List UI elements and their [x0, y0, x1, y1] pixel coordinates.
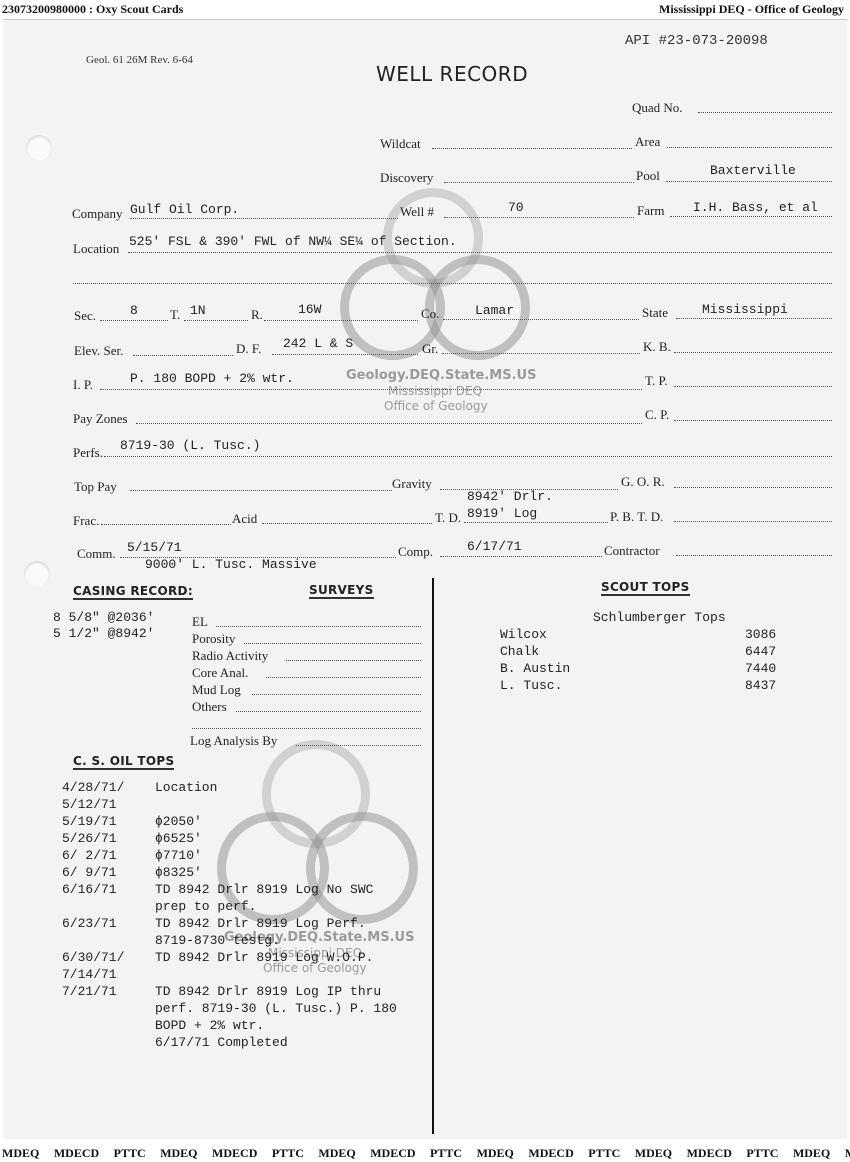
df-label: D. F.: [236, 341, 261, 357]
td-field: [464, 522, 608, 523]
well-no-field: [444, 217, 634, 218]
sec-field: [100, 320, 168, 321]
company-field: [130, 218, 398, 219]
oil-top-date: 6/ 2/71: [62, 847, 117, 864]
footer-label: MDEQ: [477, 1146, 514, 1161]
scanned-well-record-card: [3, 19, 847, 1139]
oil-top-text: ϕ7710': [155, 847, 202, 864]
location-label: Location: [73, 241, 119, 257]
df-value: 242 L & S: [283, 336, 353, 351]
footer-agency-strip: MDEQMDECDPTTCMDEQMDECDPTTCMDEQMDECDPTTCM…: [0, 1140, 850, 1162]
frac-label: Frac.: [73, 513, 99, 529]
elev-ser-field: [133, 355, 233, 356]
survey-mud-log-field: [252, 694, 421, 695]
township-field: [184, 320, 248, 321]
discovery-label: Discovery: [380, 170, 433, 186]
survey-others-label: Others: [192, 699, 227, 715]
cs-oil-tops-heading: C. S. OIL TOPS: [73, 754, 174, 770]
footer-label: PTTC: [588, 1146, 620, 1161]
td-label: T. D.: [435, 510, 461, 526]
oil-top-text: perf. 8719-30 (L. Tusc.) P. 180: [155, 1000, 397, 1017]
hole-punch-icon: [26, 135, 52, 161]
survey-log-analysis-field: [296, 745, 421, 746]
survey-blank-field: [192, 728, 421, 729]
township-value: 1N: [190, 303, 206, 318]
watermark-url: Geology.DEQ.State.MS.US: [346, 368, 536, 383]
company-value: Gulf Oil Corp.: [130, 202, 239, 217]
survey-mud-log-label: Mud Log: [192, 682, 241, 698]
oil-top-date: 5/26/71: [62, 830, 117, 847]
contractor-label: Contractor: [604, 543, 660, 559]
comp-field: [440, 556, 602, 557]
oil-top-date: 6/ 9/71: [62, 864, 117, 881]
footer-label: PTTC: [746, 1146, 778, 1161]
footer-label: MDECD: [687, 1146, 732, 1161]
survey-radio-activity-field: [286, 660, 421, 661]
top-pay-label: Top Pay: [74, 479, 117, 495]
hole-punch-icon: [24, 561, 50, 587]
comm-value: 5/15/71: [127, 540, 182, 555]
df-field: [272, 354, 418, 355]
farm-value: I.H. Bass, et al: [693, 200, 818, 215]
oil-top-date: 7/14/71: [62, 966, 117, 983]
county-value: Lamar: [475, 303, 514, 318]
footer-label: MDECD: [54, 1146, 99, 1161]
footer-label: MDEQ: [635, 1146, 672, 1161]
casing-record-heading: CASING RECORD:: [73, 584, 193, 600]
cp-field: [674, 420, 832, 421]
oil-top-text: 8719-8730 testg.: [155, 932, 280, 949]
footer-label: MDEQ: [160, 1146, 197, 1161]
discovery-field: [444, 182, 634, 183]
location-field: [128, 252, 832, 253]
oil-top-text: 6/17/71 Completed: [155, 1034, 288, 1051]
watermark-agency: Mississippi DEQ: [388, 384, 482, 398]
footer-label: PTTC: [114, 1146, 146, 1161]
oil-top-text: ϕ6525': [155, 830, 202, 847]
range-value: 16W: [298, 302, 321, 317]
top-pay-field: [130, 490, 392, 491]
footer-label: MDECD: [370, 1146, 415, 1161]
formation-depth: 7440: [745, 660, 776, 677]
state-label: State: [642, 305, 668, 321]
oil-top-date: 6/23/71: [62, 915, 117, 932]
oil-top-text: prep to perf.: [155, 898, 256, 915]
scout-tops-heading: SCOUT TOPS: [601, 580, 690, 596]
oil-top-date: 6/16/71: [62, 881, 117, 898]
formation-name: Chalk: [500, 643, 539, 660]
api-number: API #23-073-20098: [625, 33, 768, 49]
survey-el-label: EL: [192, 614, 208, 630]
footer-label: MDECD: [845, 1146, 850, 1161]
tp-label: T. P.: [645, 373, 668, 389]
wildcat-label: Wildcat: [380, 136, 421, 152]
company-label: Company: [72, 206, 123, 222]
location-value: 525' FSL & 390' FWL of NW¼ SE¼ of Sectio…: [129, 234, 457, 249]
well-no-label: Well #: [400, 204, 434, 220]
cp-label: C. P.: [645, 407, 669, 423]
survey-log-analysis-label: Log Analysis By: [190, 733, 277, 749]
pool-field: [666, 181, 832, 182]
gr-label: Gr.: [422, 341, 438, 357]
pbtd-field: [674, 521, 832, 522]
footer-label: MDEQ: [2, 1146, 39, 1161]
footer-label: PTTC: [430, 1146, 462, 1161]
tp-field: [674, 386, 832, 387]
pay-zones-field: [136, 423, 642, 424]
oil-top-text: BOPD + 2% wtr.: [155, 1017, 264, 1034]
oil-top-date: 5/12/71: [62, 796, 117, 813]
acid-label: Acid: [232, 511, 257, 527]
contractor-field: [676, 555, 832, 556]
td-log-value: 8919' Log: [467, 506, 537, 521]
state-field: [676, 318, 832, 319]
form-number: Geol. 61 26M Rev. 6-64: [86, 54, 193, 66]
oil-top-text: TD 8942 Drlr 8919 Log IP thru: [155, 983, 381, 1000]
oil-top-date: 4/28/71/: [62, 779, 124, 796]
kb-field: [674, 352, 832, 353]
elev-ser-label: Elev. Ser.: [74, 343, 123, 359]
oil-top-date: 6/30/71/: [62, 949, 124, 966]
ip-label: I. P.: [73, 377, 93, 393]
casing-item: 5 1/2" @8942': [53, 626, 154, 641]
formation-name: B. Austin: [500, 660, 570, 677]
sec-value: 8: [130, 303, 138, 318]
document-id-title: 23073200980000 : Oxy Scout Cards: [2, 2, 183, 17]
comm-label: Comm.: [77, 546, 116, 562]
gr-field: [442, 353, 640, 354]
agency-title: Mississippi DEQ - Office of Geology: [659, 2, 844, 17]
document-header-bar: 23073200980000 : Oxy Scout Cards Mississ…: [0, 0, 850, 18]
oil-top-date: 5/19/71: [62, 813, 117, 830]
oil-top-text: ϕ8325': [155, 864, 202, 881]
well-no-value: 70: [508, 200, 524, 215]
kb-label: K. B.: [643, 339, 671, 355]
comp-label: Comp.: [398, 544, 433, 560]
survey-el-field: [216, 626, 421, 627]
wildcat-field: [432, 148, 632, 149]
perfs-field: [104, 456, 832, 457]
footer-label: MDECD: [528, 1146, 573, 1161]
footer-label: MDEQ: [318, 1146, 355, 1161]
state-value: Mississippi: [702, 302, 788, 317]
sec-label: Sec.: [74, 308, 96, 324]
quad-no-field: [698, 112, 832, 113]
column-divider: [432, 578, 434, 1134]
formation-depth: 8437: [745, 677, 776, 694]
comm-note: 9000' L. Tusc. Massive: [145, 557, 317, 572]
pool-label: Pool: [636, 168, 660, 184]
survey-porosity-label: Porosity: [192, 631, 235, 647]
county-label: Co.: [421, 306, 439, 322]
footer-label: MDEQ: [793, 1146, 830, 1161]
footer-label: PTTC: [272, 1146, 304, 1161]
survey-core-anal-label: Core Anal.: [192, 665, 248, 681]
ip-value: P. 180 BOPD + 2% wtr.: [130, 371, 294, 386]
casing-item: 8 5/8" @2036': [53, 610, 154, 625]
formation-name: L. Tusc.: [500, 677, 562, 694]
location-continuation-field: [73, 283, 832, 284]
survey-core-anal-field: [266, 677, 421, 678]
gor-field: [674, 487, 832, 488]
td-driller-value: 8942' Drlr.: [467, 489, 553, 504]
gravity-label: Gravity: [392, 476, 432, 492]
survey-porosity-field: [244, 643, 421, 644]
pool-value: Baxterville: [710, 163, 796, 178]
range-label: R.: [251, 307, 263, 323]
perfs-value: 8719-30 (L. Tusc.): [120, 438, 260, 453]
township-label: T.: [170, 307, 180, 323]
comp-value: 6/17/71: [467, 539, 522, 554]
survey-radio-activity-label: Radio Activity: [192, 648, 268, 664]
farm-field: [670, 216, 832, 217]
frac-field: [101, 524, 231, 525]
watermark-office: Office of Geology: [384, 399, 488, 413]
acid-field: [262, 523, 432, 524]
oil-top-date: 7/21/71: [62, 983, 117, 1000]
oil-top-text: TD 8942 Drlr 8919 Log No SWC: [155, 881, 373, 898]
surveys-heading: SURVEYS: [309, 583, 374, 599]
page-title: WELL RECORD: [376, 62, 528, 86]
oil-top-text: TD 8942 Drlr 8919 Log Perf.: [155, 915, 366, 932]
oil-top-text: Location: [155, 779, 217, 796]
schlumberger-tops-subheading: Schlumberger Tops: [593, 609, 726, 626]
pay-zones-label: Pay Zones: [73, 411, 128, 427]
oil-top-text: ϕ2050': [155, 813, 202, 830]
gor-label: G. O. R.: [621, 474, 665, 490]
ip-field: [100, 389, 642, 390]
formation-name: Wilcox: [500, 626, 547, 643]
area-label: Area: [635, 134, 660, 150]
perfs-label: Perfs.: [73, 445, 103, 461]
farm-label: Farm: [637, 203, 664, 219]
range-field: [264, 320, 418, 321]
survey-others-field: [236, 711, 421, 712]
oil-top-text: TD 8942 Drlr 8919 Log W.O.P.: [155, 949, 373, 966]
pbtd-label: P. B. T. D.: [610, 509, 663, 525]
quad-no-label: Quad No.: [632, 100, 683, 116]
county-field: [443, 319, 639, 320]
formation-depth: 3086: [745, 626, 776, 643]
area-field: [667, 147, 832, 148]
formation-depth: 6447: [745, 643, 776, 660]
footer-label: MDECD: [212, 1146, 257, 1161]
